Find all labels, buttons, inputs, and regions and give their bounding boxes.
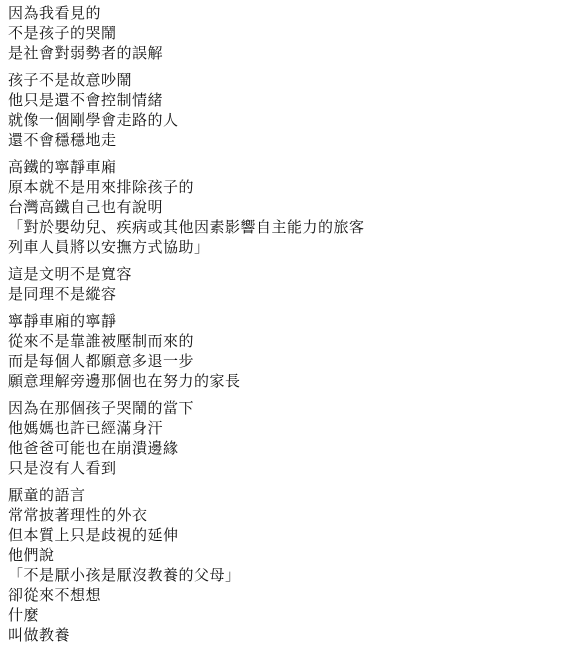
text-line: 他只是還不會控制情緒 bbox=[8, 91, 571, 111]
paragraph-6: 因為在那個孩子哭鬧的當下 他媽媽也許已經滿身汗 他爸爸可能也在崩潰邊緣 只是沒有… bbox=[8, 399, 571, 479]
text-line: 什麼 bbox=[8, 606, 571, 626]
text-line: 他們說 bbox=[8, 546, 571, 566]
paragraph-1: 因為我看見的 不是孩子的哭鬧 是社會對弱勢者的誤解 bbox=[8, 4, 571, 64]
text-line: 原本就不是用來排除孩子的 bbox=[8, 178, 571, 198]
text-line: 這是文明不是寬容 bbox=[8, 265, 571, 285]
text-line: 厭童的語言 bbox=[8, 486, 571, 506]
paragraph-2: 孩子不是故意吵鬧 他只是還不會控制情緒 就像一個剛學會走路的人 還不會穩穩地走 bbox=[8, 71, 571, 151]
text-line: 但本質上只是歧視的延伸 bbox=[8, 526, 571, 546]
text-document: 因為我看見的 不是孩子的哭鬧 是社會對弱勢者的誤解 孩子不是故意吵鬧 他只是還不… bbox=[0, 0, 579, 651]
text-line: 寧靜車廂的寧靜 bbox=[8, 312, 571, 332]
text-line: 還不會穩穩地走 bbox=[8, 131, 571, 151]
text-line: 列車人員將以安撫方式協助」 bbox=[8, 238, 571, 258]
paragraph-5: 寧靜車廂的寧靜 從來不是靠誰被壓制而來的 而是每個人都願意多退一步 願意理解旁邊… bbox=[8, 312, 571, 392]
text-line: 是同理不是縱容 bbox=[8, 285, 571, 305]
text-line: 因為我看見的 bbox=[8, 4, 571, 24]
text-line: 常常披著理性的外衣 bbox=[8, 506, 571, 526]
text-line: 「對於嬰幼兒、疾病或其他因素影響自主能力的旅客 bbox=[8, 218, 571, 238]
text-line: 因為在那個孩子哭鬧的當下 bbox=[8, 399, 571, 419]
text-line: 台灣高鐵自己也有說明 bbox=[8, 198, 571, 218]
text-line: 就像一個剛學會走路的人 bbox=[8, 111, 571, 131]
text-line: 不是孩子的哭鬧 bbox=[8, 24, 571, 44]
text-line: 叫做教養 bbox=[8, 626, 571, 646]
text-line: 卻從來不想想 bbox=[8, 586, 571, 606]
text-line: 他媽媽也許已經滿身汗 bbox=[8, 419, 571, 439]
text-line: 從來不是靠誰被壓制而來的 bbox=[8, 332, 571, 352]
text-line: 只是沒有人看到 bbox=[8, 459, 571, 479]
paragraph-7: 厭童的語言 常常披著理性的外衣 但本質上只是歧視的延伸 他們說 「不是厭小孩是厭… bbox=[8, 486, 571, 646]
text-line: 「不是厭小孩是厭沒教養的父母」 bbox=[8, 566, 571, 586]
text-line: 願意理解旁邊那個也在努力的家長 bbox=[8, 372, 571, 392]
text-line: 高鐵的寧靜車廂 bbox=[8, 158, 571, 178]
paragraph-3: 高鐵的寧靜車廂 原本就不是用來排除孩子的 台灣高鐵自己也有說明 「對於嬰幼兒、疾… bbox=[8, 158, 571, 258]
text-line: 孩子不是故意吵鬧 bbox=[8, 71, 571, 91]
text-line: 他爸爸可能也在崩潰邊緣 bbox=[8, 439, 571, 459]
text-line: 是社會對弱勢者的誤解 bbox=[8, 44, 571, 64]
paragraph-4: 這是文明不是寬容 是同理不是縱容 bbox=[8, 265, 571, 305]
text-line: 而是每個人都願意多退一步 bbox=[8, 352, 571, 372]
